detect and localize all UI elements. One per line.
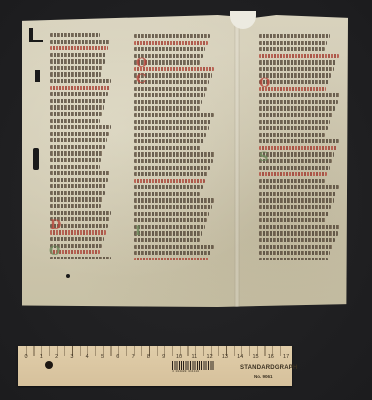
initial-letter: O [259,76,270,91]
text-line [259,67,334,71]
text-line [259,179,325,183]
text-line [50,99,106,103]
text-line [134,258,209,260]
text-line [259,212,329,216]
ruler-number: 14 [237,354,243,360]
text-line [50,138,107,142]
initial-letter: O [136,56,147,71]
text-line [134,159,213,163]
initial-letter: I [135,224,141,239]
text-line [259,166,330,170]
text-line [259,152,334,156]
text-line [134,245,214,249]
ruler-number: 1 [40,354,43,360]
text-line [134,100,202,104]
ruler-number: 11 [191,354,197,360]
text-line [259,106,335,110]
text-line [134,225,205,229]
text-line [50,204,101,208]
initial-letter: D [50,218,61,233]
text-line [50,125,111,129]
ruler-number: 16 [268,354,274,360]
text-line [134,166,210,170]
barcode [172,361,214,370]
text-line [259,133,325,137]
text-line [50,72,101,76]
text-line [50,46,108,50]
text-line [50,86,110,90]
text-line [259,172,327,176]
ruler-number: 8 [147,354,150,360]
text-line [134,34,210,38]
ruler-number: 9 [162,354,165,360]
text-line [259,245,333,249]
text-line [259,120,330,124]
initial-letter: S [259,150,268,165]
text-line [134,126,209,130]
ruler: 01234567891011121314151617 4 014889 0111… [18,346,292,386]
damage-stain [66,274,70,278]
ruler-number: 0 [24,354,27,360]
text-line [134,120,211,124]
initial-letter: C [136,72,146,87]
ruler-number: 10 [176,354,182,360]
text-line [259,54,339,58]
text-line [259,41,327,45]
text-line [50,237,104,241]
text-line [134,87,207,91]
text-line [134,205,212,209]
ruler-model: No. 9061 [254,374,273,379]
text-line [259,126,328,130]
ruler-number: 4 [86,354,89,360]
text-line [50,119,100,123]
barcode-number: 4 014889 011110 [172,370,199,373]
text-line [259,100,338,104]
text-line [259,238,335,242]
text-line [134,146,201,150]
ruler-number: 15 [252,354,258,360]
text-line [259,192,336,196]
text-line [134,113,214,117]
text-line [134,152,215,156]
text-line [50,105,104,109]
text-line [50,112,102,116]
text-line [50,92,108,96]
ruler-number: 3 [70,354,73,360]
text-line [259,60,336,64]
text-line [50,79,111,83]
ruler-number: 5 [101,354,104,360]
text-line [259,185,339,189]
text-line [50,151,103,155]
text-line [50,178,108,182]
text-line [134,179,205,183]
ruler-ticks [26,346,288,356]
ruler-brand: STANDARDGRAPH [240,365,298,371]
initial-letter: O [49,244,60,259]
text-line [134,172,208,176]
text-line [134,106,200,110]
text-line [259,198,334,202]
text-line [134,47,205,51]
text-line [50,145,105,149]
text-line [134,192,200,196]
text-line [134,231,202,235]
text-line [50,66,103,70]
text-line [50,53,106,57]
text-line [134,238,200,242]
text-line [134,41,208,45]
text-line [259,146,337,150]
damage-left-tear [33,148,39,170]
text-line [50,33,100,37]
text-line [50,211,111,215]
text-line [259,139,339,143]
text-line [50,132,109,136]
ruler-number: 2 [55,354,58,360]
fold-line [234,15,240,307]
ruler-number: 7 [132,354,135,360]
text-line [259,205,331,209]
damage-left-edge [33,40,43,42]
text-line [50,158,101,162]
damage-left-tear [35,70,40,82]
text-line [259,258,328,260]
text-line [259,159,332,163]
text-line [134,133,206,137]
text-line [50,171,110,175]
text-line [259,47,325,51]
text-line [50,165,100,169]
text-line [259,34,330,38]
text-line [50,40,110,44]
text-line [50,197,103,201]
text-line [134,93,205,97]
text-column-right [259,34,341,260]
text-line [134,198,214,202]
ruler-number: 17 [283,354,289,360]
text-line [259,231,338,235]
text-line [134,185,203,189]
text-line [50,184,106,188]
text-line [134,139,204,143]
ruler-number: 12 [207,354,213,360]
text-line [134,218,207,222]
ruler-number: 6 [116,354,119,360]
text-line [259,113,333,117]
text-line [259,225,340,229]
ruler-hole [45,361,53,369]
text-line [134,212,209,216]
text-line [50,59,105,63]
ruler-number: 13 [222,354,228,360]
text-line [50,191,105,195]
text-line [134,251,211,255]
text-line [259,218,326,222]
text-line [259,251,330,255]
text-line [259,93,340,97]
